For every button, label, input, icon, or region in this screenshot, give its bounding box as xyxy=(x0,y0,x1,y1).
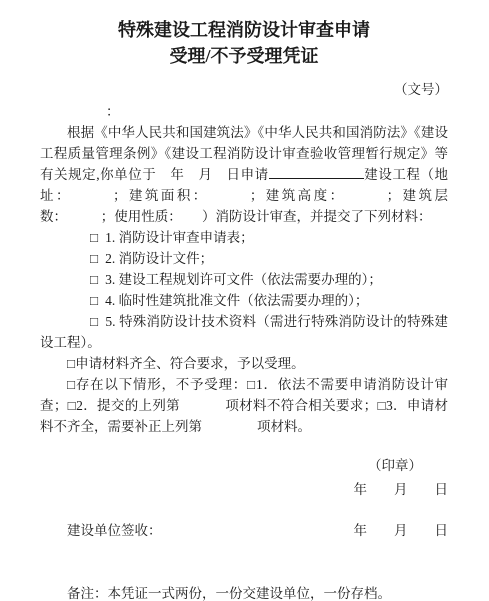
project-name-blank-field xyxy=(269,165,364,179)
title-line-1: 特殊建设工程消防设计审查申请 xyxy=(40,17,448,43)
checkbox-icon: □ xyxy=(377,398,386,413)
checkbox-icon: □ xyxy=(67,377,76,392)
decision-reject-option-2-before: 2．提交的上列第 xyxy=(76,398,180,413)
decision-reject-paragraph: □存在以下情形，不予受理：□1．依法不需要申请消防设计审查；□2．提交的上列第项… xyxy=(40,374,448,437)
issuer-date-line: 年 月 日 xyxy=(40,479,448,500)
checkbox-icon: □ xyxy=(90,314,98,329)
decision-accept-text: 申请材料齐全、符合要求，予以受理。 xyxy=(75,356,305,371)
material-item-label: 1. 消防设计审查申请表； xyxy=(105,230,254,245)
checkbox-icon: □ xyxy=(67,356,75,371)
checkbox-icon: □ xyxy=(247,377,256,392)
material-item-label: 4. 临时性建筑批准文件（依法需要办理的）； xyxy=(105,293,368,308)
item-number-blank-field xyxy=(202,430,257,431)
checkbox-icon: □ xyxy=(90,251,98,266)
checkbox-icon: □ xyxy=(90,272,98,287)
decision-reject-option-3-after: 项材料。 xyxy=(257,419,311,434)
recipient-salutation: ： xyxy=(40,101,448,122)
checkbox-icon: □ xyxy=(90,293,98,308)
materials-list: □1. 消防设计审查申请表； □2. 消防设计文件； □3. 建设工程规划许可文… xyxy=(40,227,448,353)
material-item-2: □2. 消防设计文件； xyxy=(40,248,448,269)
material-item-3: □3. 建设工程规划许可文件（依法需要办理的）； xyxy=(40,269,448,290)
material-item-4: □4. 临时性建筑批准文件（依法需要办理的）； xyxy=(40,290,448,311)
document-title: 特殊建设工程消防设计审查申请 受理/不予受理凭证 xyxy=(40,17,448,69)
material-item-label: 3. 建设工程规划许可文件（依法需要办理的）； xyxy=(105,272,382,287)
checkbox-icon: □ xyxy=(67,398,76,413)
material-item-label: 2. 消防设计文件； xyxy=(105,251,213,266)
material-item-1: □1. 消防设计审查申请表； xyxy=(40,227,448,248)
issuer-seal-block: （印章） 年 月 日 xyxy=(40,455,448,500)
decision-reject-lead: 存在以下情形，不予受理： xyxy=(76,377,247,392)
document-page: 特殊建设工程消防设计审查申请 受理/不予受理凭证 （文号） ： 根据《中华人民共… xyxy=(0,0,489,601)
footer-note: 备注：本凭证一式两份，一份交建设单位，一份存档。 xyxy=(40,583,448,601)
item-number-blank-field xyxy=(180,409,225,410)
title-line-2: 受理/不予受理凭证 xyxy=(40,43,448,69)
intro-paragraph: 根据《中华人民共和国建筑法》《中华人民共和国消防法》《建设工程质量管理条例》《建… xyxy=(40,122,448,227)
signoff-date-line: 年 月 日 xyxy=(354,520,449,541)
doc-number-label: （文号） xyxy=(40,81,448,99)
decision-reject-option-2-after: 项材料不符合相关要求； xyxy=(225,398,377,413)
checkbox-icon: □ xyxy=(90,230,98,245)
material-item-5: □5. 特殊消防设计技术资料（需进行特殊消防设计的特殊建设工程）。 xyxy=(40,311,448,353)
signoff-label: 建设单位签收： xyxy=(67,520,162,541)
seal-placeholder-label: （印章） xyxy=(40,455,448,476)
signoff-row: 建设单位签收： 年 月 日 xyxy=(40,520,448,541)
material-item-label: 5. 特殊消防设计技术资料（需进行特殊消防设计的特殊建设工程）。 xyxy=(40,314,448,350)
decision-accept-line: □申请材料齐全、符合要求，予以受理。 xyxy=(40,353,448,374)
